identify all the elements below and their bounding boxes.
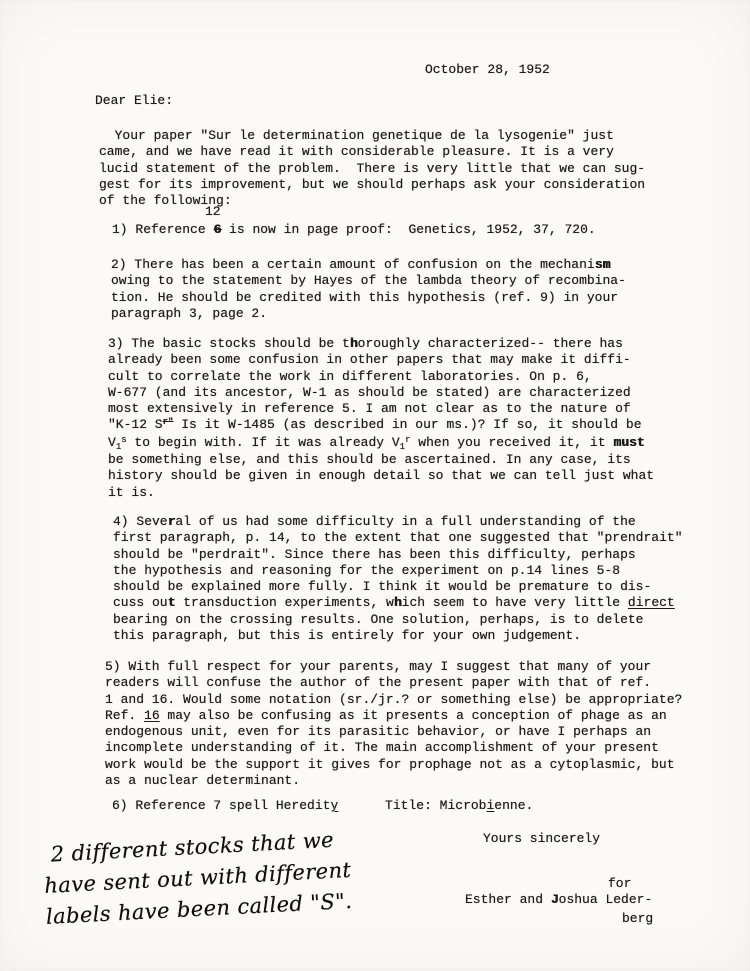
letter-line: be something else, and this should be as… (108, 452, 654, 468)
salutation: Dear Elie: (95, 93, 173, 109)
paragraph-item5: 5) With full respect for your parents, m… (105, 659, 682, 789)
letter-line: readers will confuse the author of the p… (105, 675, 682, 691)
paragraph-item6: 6) Reference 7 spell Heredity Title: Mic… (112, 798, 533, 814)
letter-line: should be "perdrait". Since there has be… (113, 547, 683, 563)
letter-line: history should be given in enough detail… (108, 468, 654, 484)
paragraph-item4: 4) Several of us had some difficulty in … (113, 514, 683, 644)
letter-line: most extensively in reference 5. I am no… (108, 401, 654, 417)
letter-line: cuss out transduction experiments, which… (113, 595, 683, 611)
letter-date: October 28, 1952 (425, 62, 550, 78)
letter-line: it is. (108, 485, 654, 501)
letter-line: W-677 (and its ancestor, W-1 as should b… (108, 385, 654, 401)
letter-line: this paragraph, but this is entirely for… (113, 628, 683, 644)
letter-line: Ref. 16 may also be confusing as it pres… (105, 708, 682, 724)
valediction: Yours sincerely (483, 831, 600, 847)
letter-line: Your paper "Sur le determination genetiq… (99, 128, 645, 144)
letter-line: V1s to begin with. If it was already V1r… (108, 435, 654, 452)
letter-line: first paragraph, p. 14, to the extent th… (113, 530, 683, 546)
letter-line: 3) The basic stocks should be thoroughly… (108, 336, 654, 352)
letter-line: came, and we have read it with considera… (99, 144, 645, 160)
signature-line1: Esther and Joshua Leder- (465, 892, 652, 908)
letter-line: Esther and Joshua Leder- (465, 892, 652, 908)
letter-line: work would be the support it gives for p… (105, 757, 682, 773)
letter-line: 1 and 16. Would some notation (sr./jr.? … (105, 692, 682, 708)
letter-line: 1) Reference 6 is now in page proof: Gen… (112, 222, 596, 238)
letter-line: cult to correlate the work in different … (108, 369, 654, 385)
letter-line: owing to the statement by Hayes of the l… (111, 273, 626, 289)
letter-line: 4) Several of us had some difficulty in … (113, 514, 683, 530)
letter-line: tion. He should be credited with this hy… (111, 290, 626, 306)
letter-line: gest for its improvement, but we should … (99, 177, 645, 193)
letter-line: of the following: (99, 193, 645, 209)
letter-line: already been some confusion in other pap… (108, 352, 654, 368)
handwritten-note: 2 different stocks that wehave sent out … (42, 824, 354, 933)
paragraph-intro: Your paper "Sur le determination genetiq… (99, 128, 645, 209)
letter-line: endogenous unit, even for its parasitic … (105, 724, 682, 740)
letter-line: paragraph 3, page 2. (111, 306, 626, 322)
signature-line2: berg (622, 911, 653, 927)
paragraph-item1: 1) Reference 6 is now in page proof: Gen… (112, 222, 596, 238)
letter-line: "K-12 Sr" Is it W-1485 (as described in … (108, 417, 654, 434)
letter-line: the hypothesis and reasoning for the exp… (113, 563, 683, 579)
letter-line: should be explained more fully. I think … (113, 579, 683, 595)
paragraph-item3: 3) The basic stocks should be thoroughly… (108, 336, 654, 501)
letter-line: bearing on the crossing results. One sol… (113, 612, 683, 628)
letter-page: October 28, 1952 Dear Elie: Your paper "… (0, 0, 750, 971)
signature-for-word: for (608, 876, 631, 892)
letter-line: incomplete understanding of it. The main… (105, 740, 682, 756)
paragraph-item2: 2) There has been a certain amount of co… (111, 257, 626, 322)
letter-line: 2) There has been a certain amount of co… (111, 257, 626, 273)
letter-line: 6) Reference 7 spell Heredity Title: Mic… (112, 798, 533, 814)
letter-line: as a nuclear determinant. (105, 773, 682, 789)
typed-insertion-12: 12 (205, 205, 221, 219)
letter-line: lucid statement of the problem. There is… (99, 161, 645, 177)
letter-line: 5) With full respect for your parents, m… (105, 659, 682, 675)
